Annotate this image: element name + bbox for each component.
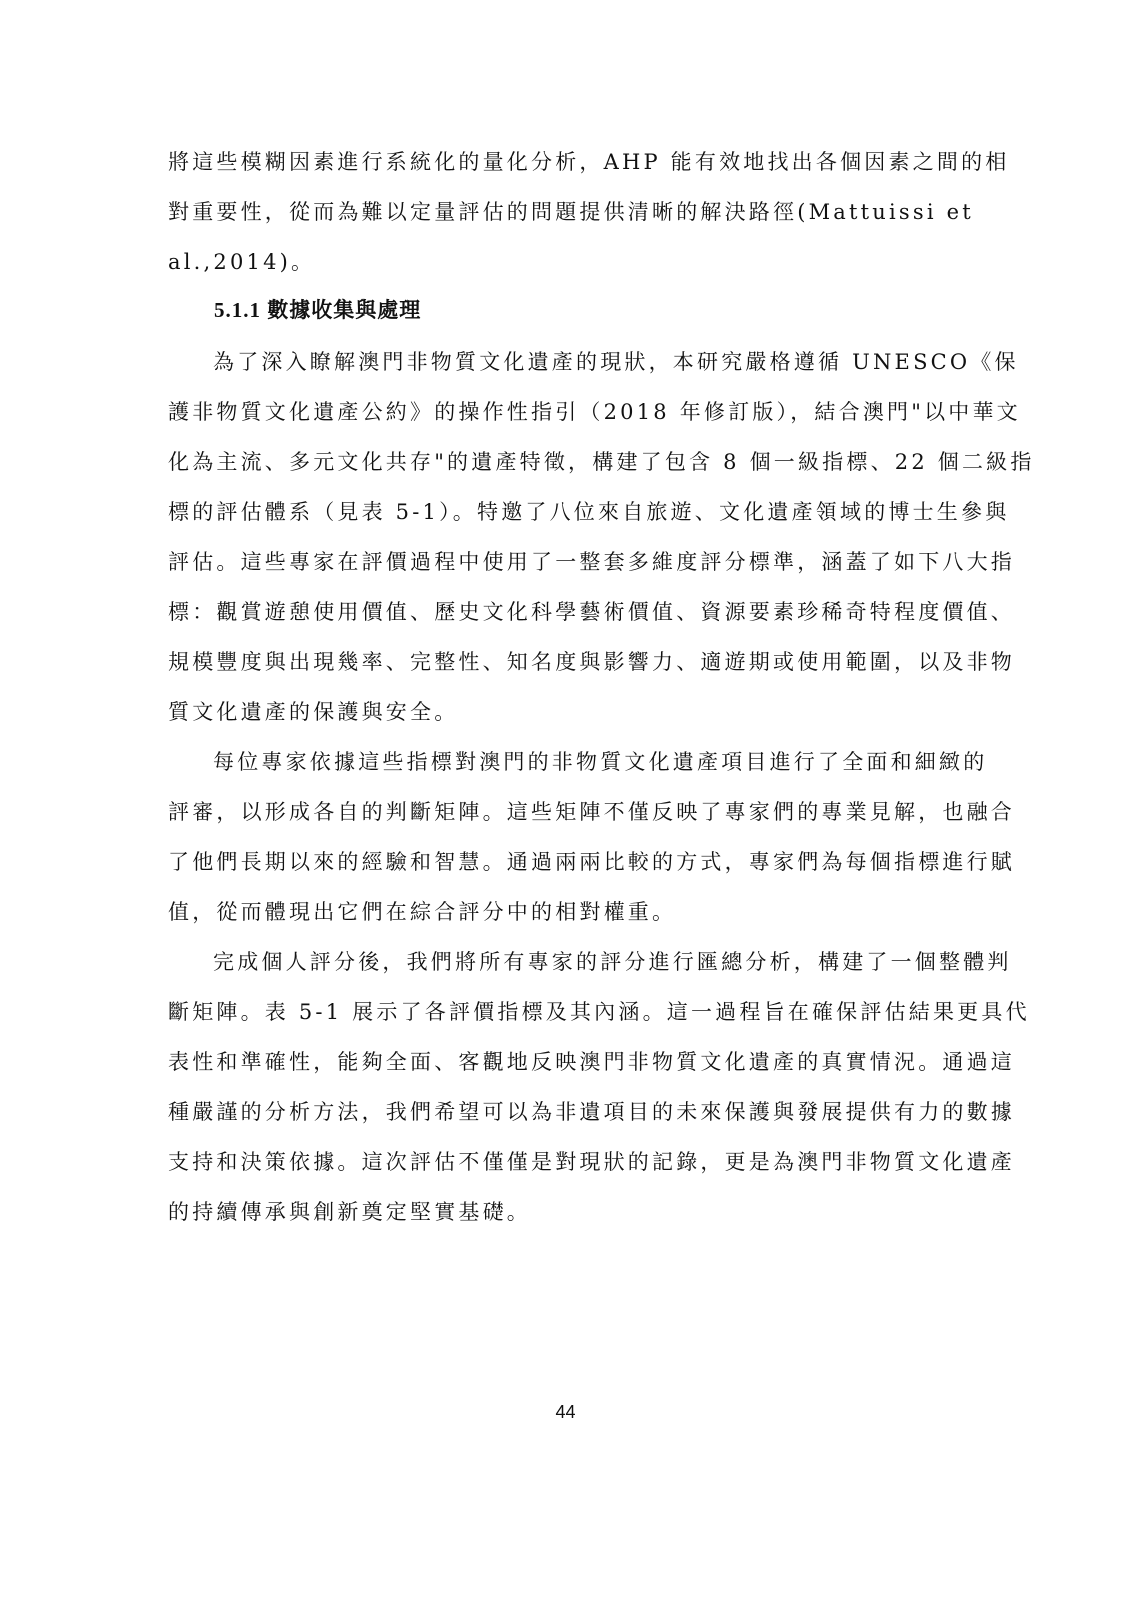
text-line: 每位專家依據這些指標對澳門的非物質文化遺產項目進行了全面和細緻的 [213, 745, 1003, 779]
document-page: 將這些模糊因素進行系統化的量化分析，AHP 能有效地找出各個因素之間的相 對重要… [0, 0, 1131, 1600]
text-line: 為了深入瞭解澳門非物質文化遺產的現狀，本研究嚴格遵循 UNESCO《保 [213, 345, 1003, 379]
text-line: 值，從而體現出它們在綜合評分中的相對權重。 [168, 895, 958, 929]
text-line: 的持續傳承與創新奠定堅實基礎。 [168, 1195, 958, 1229]
page-number: 44 [0, 1402, 1131, 1423]
text-line: al.,2014)。 [168, 245, 958, 279]
text-line: 評審，以形成各自的判斷矩陣。這些矩陣不僅反映了專家們的專業見解，也融合 [168, 795, 958, 829]
text-line: 化為主流、多元文化共存"的遺產特徵，構建了包含 8 個一級指標、22 個二級指 [168, 445, 958, 479]
text-line: 斷矩陣。表 5-1 展示了各評價指標及其內涵。這一過程旨在確保評估結果更具代 [168, 995, 958, 1029]
text-line: 評估。這些專家在評價過程中使用了一整套多維度評分標準，涵蓋了如下八大指 [168, 545, 958, 579]
text-line: 標的評估體系（見表 5-1）。特邀了八位來自旅遊、文化遺產領域的博士生參與 [168, 495, 958, 529]
text-line: 表性和準確性，能夠全面、客觀地反映澳門非物質文化遺產的真實情況。通過這 [168, 1045, 958, 1079]
text-line: 支持和決策依據。這次評估不僅僅是對現狀的記錄，更是為澳門非物質文化遺產 [168, 1145, 958, 1179]
text-line: 規模豐度與出現幾率、完整性、知名度與影響力、適遊期或使用範圍，以及非物 [168, 645, 958, 679]
section-heading: 5.1.1 數據收集與處理 [214, 293, 421, 327]
text-line: 了他們長期以來的經驗和智慧。通過兩兩比較的方式，專家們為每個指標進行賦 [168, 845, 958, 879]
text-line: 種嚴謹的分析方法，我們希望可以為非遺項目的未來保護與發展提供有力的數據 [168, 1095, 958, 1129]
text-line: 對重要性，從而為難以定量評估的問題提供清晰的解決路徑(Mattuissi et [168, 195, 958, 229]
text-line: 標：觀賞遊憩使用價值、歷史文化科學藝術價值、資源要素珍稀奇特程度價值、 [168, 595, 958, 629]
text-line: 質文化遺產的保護與安全。 [168, 695, 958, 729]
text-line: 護非物質文化遺產公約》的操作性指引（2018 年修訂版），結合澳門"以中華文 [168, 395, 958, 429]
text-line: 完成個人評分後，我們將所有專家的評分進行匯總分析，構建了一個整體判 [213, 945, 1003, 979]
text-line: 將這些模糊因素進行系統化的量化分析，AHP 能有效地找出各個因素之間的相 [168, 145, 958, 179]
